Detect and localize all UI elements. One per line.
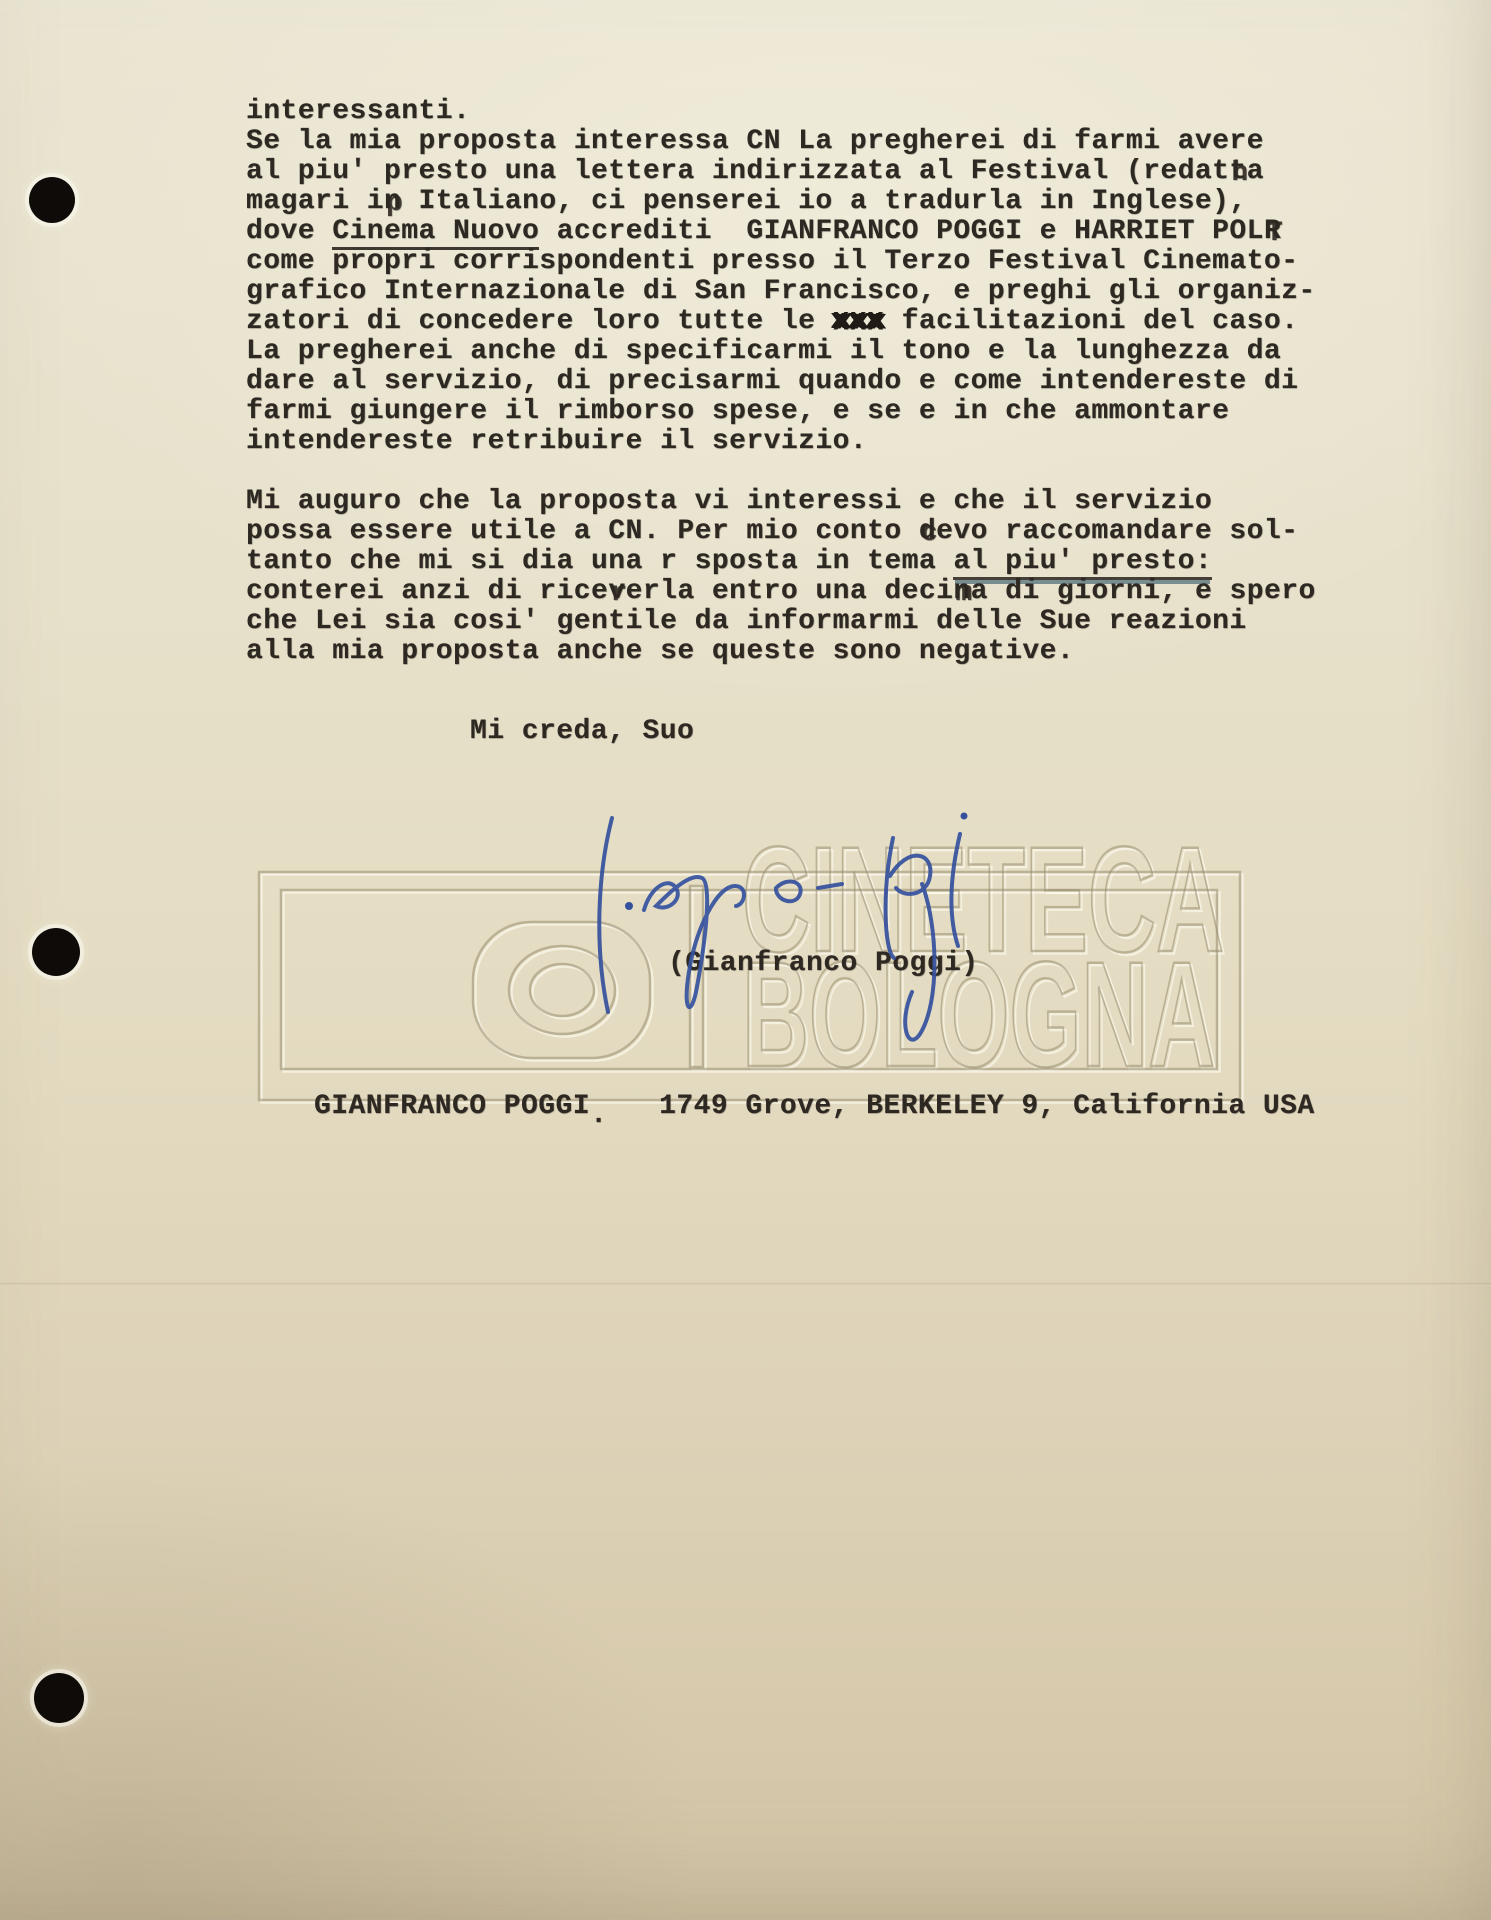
footer-address-line: GIANFRANCO POGGI. 1749 Grove, BERKELEY 9… — [245, 1060, 1315, 1153]
body-line: tanto che mi si dia una r sposta in tema… — [246, 547, 1316, 577]
body-line: Se la mia proposta interessa CN La pregh… — [246, 127, 1316, 157]
body-line: intendereste retribuire il servizio. — [246, 427, 1316, 457]
body-line: alla mia proposta anche se queste sono n… — [246, 637, 1316, 667]
scanned-letter-page: CINETECA BOLOGNA interessanti.Se la mia … — [0, 0, 1491, 1920]
body-line: conterei anzi di ricevrerla entro una de… — [246, 577, 1316, 607]
paper-fold-crease — [0, 1283, 1491, 1286]
footer-low-period: . — [590, 1100, 607, 1131]
footer-name: GIANFRANCO POGGI — [314, 1091, 590, 1122]
body-line: come propri corrispondenti presso il Ter… — [246, 247, 1316, 277]
body-line: magari inp Italiano, ci penserei io a tr… — [246, 187, 1316, 217]
body-line: dare al servizio, di precisarmi quando e… — [246, 367, 1316, 397]
body-line — [246, 457, 1316, 487]
body-line: dove Cinema Nuovo accrediti GIANFRANCO P… — [246, 217, 1316, 247]
closing-line: Mi creda, Suo — [470, 716, 694, 747]
signature-caption: (Gianfranco Poggi) — [668, 948, 979, 979]
body-line: possa essere utile a CN. Per mio conto d… — [246, 517, 1316, 547]
body-line: La pregherei anche di specificarmi il to… — [246, 337, 1316, 367]
body-line: zatori di concedere loro tutte le xxx fa… — [246, 307, 1316, 337]
punch-hole-bottom — [34, 1673, 84, 1723]
body-line: farmi giungere il rimborso spese, e se e… — [246, 397, 1316, 427]
punch-hole-top — [29, 177, 75, 223]
body-line: interessanti. — [246, 97, 1316, 127]
body-line: Mi auguro che la proposta vi interessi e… — [246, 487, 1316, 517]
letter-body: interessanti.Se la mia proposta interess… — [246, 97, 1316, 667]
punch-hole-middle — [32, 928, 80, 976]
body-line: al piu' presto una lettera indirizzata a… — [246, 157, 1316, 187]
body-line: che Lei sia cosi' gentile da informarmi … — [246, 607, 1316, 637]
footer-address: 1749 Grove, BERKELEY 9, California USA — [607, 1091, 1314, 1122]
body-line: grafico Internazionale di San Francisco,… — [246, 277, 1316, 307]
